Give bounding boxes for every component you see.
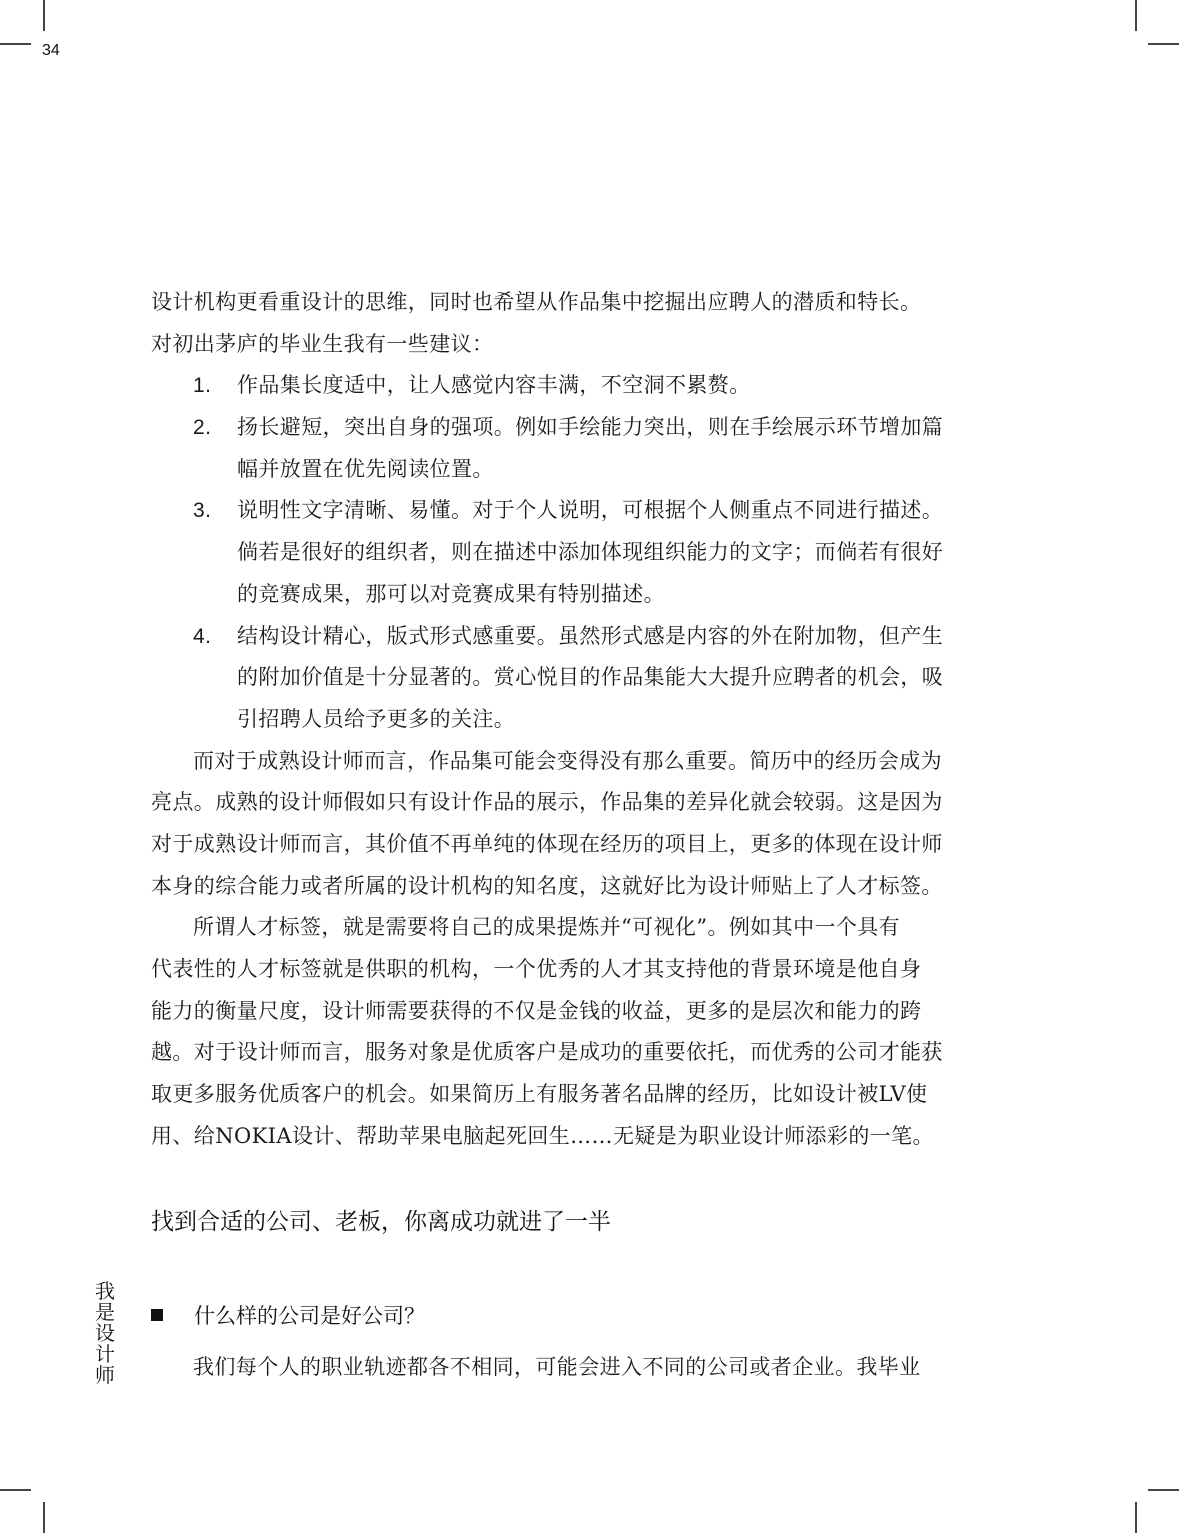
item-text: 倘若是很好的组织者，则在描述中添加体现组织能力的文字；而倘若有很好 [237,540,943,564]
paragraph-mature-designers: 而对于成熟设计师而言，作品集可能会变得没有那么重要。简历中的经历会成为 亮点。成… [151,741,963,908]
square-bullet-icon [151,1309,163,1321]
side-label-char: 师 [93,1365,117,1386]
advice-item-3-cont: 倘若是很好的组织者，则在描述中添加体现组织能力的文字；而倘若有很好 [151,532,963,574]
crop-mark-bottom-left-vertical [43,1502,45,1533]
sub-heading: 什么样的公司是好公司？ [151,1300,425,1330]
item-text: 说明性文字清晰、易懂。对于个人说明，可根据个人侧重点不同进行描述。 [237,498,943,522]
paragraph-line: 能力的衡量尺度，设计师需要获得的不仅是金钱的收益，更多的是层次和能力的跨 [151,991,963,1033]
side-label-char: 设 [93,1323,117,1344]
side-label-char: 计 [93,1344,117,1365]
crop-mark-top-right-vertical [1135,0,1137,31]
paragraph-line: 亮点。成熟的设计师假如只有设计作品的展示，作品集的差异化就会较弱。这是因为 [151,782,963,824]
advice-list: 1. 作品集长度适中，让人感觉内容丰满，不空洞不累赘。 2. 扬长避短，突出自身… [151,365,963,740]
item-number: 4. [193,616,211,658]
paragraph-line: 用、给NOKIA设计、帮助苹果电脑起死回生……无疑是为职业设计师添彩的一笔。 [151,1116,963,1158]
crop-mark-bottom-right-horizontal [1148,1489,1179,1491]
sub-heading-text: 什么样的公司是好公司？ [194,1304,425,1328]
crop-mark-bottom-left-horizontal [0,1489,31,1491]
item-text: 扬长避短，突出自身的强项。例如手绘能力突出，则在手绘展示环节增加篇 [237,415,943,439]
item-number: 1. [193,365,211,407]
paragraph-line: 而对于成熟设计师而言，作品集可能会变得没有那么重要。简历中的经历会成为 [151,741,963,783]
paragraph-line: 越。对于设计师而言，服务对象是优质客户是成功的重要依托，而优秀的公司才能获 [151,1032,963,1074]
item-text: 结构设计精心，版式形式感重要。虽然形式感是内容的外在附加物，但产生 [237,624,943,648]
item-text: 的附加价值是十分显著的。赏心悦目的作品集能大大提升应聘者的机会，吸 [237,665,943,689]
side-label-char: 是 [93,1302,117,1323]
item-text: 作品集长度适中，让人感觉内容丰满，不空洞不累赘。 [237,373,751,397]
advice-item-4: 4. 结构设计精心，版式形式感重要。虽然形式感是内容的外在附加物，但产生 [151,616,963,658]
paragraph-line: 所谓人才标签，就是需要将自己的成果提炼并“可视化”。例如其中一个具有 [151,907,963,949]
item-number: 2. [193,407,211,449]
intro-line: 设计机构更看重设计的思维，同时也希望从作品集中挖掘出应聘人的潜质和特长。 [151,282,963,324]
item-text: 的竞赛成果，那可以对竞赛成果有特别描述。 [237,582,665,606]
advice-item-2-cont: 幅并放置在优先阅读位置。 [151,449,963,491]
item-text: 幅并放置在优先阅读位置。 [237,457,494,481]
item-number: 3. [193,490,211,532]
body-text: 设计机构更看重设计的思维，同时也希望从作品集中挖掘出应聘人的潜质和特长。 对初出… [151,282,963,1157]
crop-mark-bottom-right-vertical [1135,1502,1137,1533]
paragraph-talent-label: 所谓人才标签，就是需要将自己的成果提炼并“可视化”。例如其中一个具有 代表性的人… [151,907,963,1157]
paragraph-line: 我们每个人的职业轨迹都各不相同，可能会进入不同的公司或者企业。我毕业 [193,1347,921,1388]
crop-mark-top-left-vertical [43,0,45,31]
side-label-char: 我 [93,1281,117,1302]
intro-line: 对初出茅庐的毕业生我有一些建议： [151,324,963,366]
advice-item-4-cont: 的附加价值是十分显著的。赏心悦目的作品集能大大提升应聘者的机会，吸 [151,657,963,699]
side-running-title: 我 是 设 计 师 [93,1281,117,1386]
advice-item-1: 1. 作品集长度适中，让人感觉内容丰满，不空洞不累赘。 [151,365,963,407]
advice-item-3: 3. 说明性文字清晰、易懂。对于个人说明，可根据个人侧重点不同进行描述。 [151,490,963,532]
page-number: 34 [42,42,60,60]
paragraph-line: 代表性的人才标签就是供职的机构，一个优秀的人才其支持他的背景环境是他自身 [151,949,963,991]
crop-mark-top-left-horizontal [0,43,31,45]
paragraph-line: 本身的综合能力或者所属的设计机构的知名度，这就好比为设计师贴上了人才标签。 [151,866,963,908]
advice-item-2: 2. 扬长避短，突出自身的强项。例如手绘能力突出，则在手绘展示环节增加篇 [151,407,963,449]
paragraph-line: 对于成熟设计师而言，其价值不再单纯的体现在经历的项目上，更多的体现在设计师 [151,824,963,866]
crop-mark-top-right-horizontal [1148,43,1179,45]
item-text: 引招聘人员给予更多的关注。 [237,707,515,731]
section-heading: 找到合适的公司、老板，你离成功就进了一半 [151,1203,611,1236]
advice-item-4-cont: 引招聘人员给予更多的关注。 [151,699,963,741]
advice-item-3-cont: 的竞赛成果，那可以对竞赛成果有特别描述。 [151,574,963,616]
paragraph-line: 取更多服务优质客户的机会。如果简历上有服务著名品牌的经历，比如设计被LV使 [151,1074,963,1116]
